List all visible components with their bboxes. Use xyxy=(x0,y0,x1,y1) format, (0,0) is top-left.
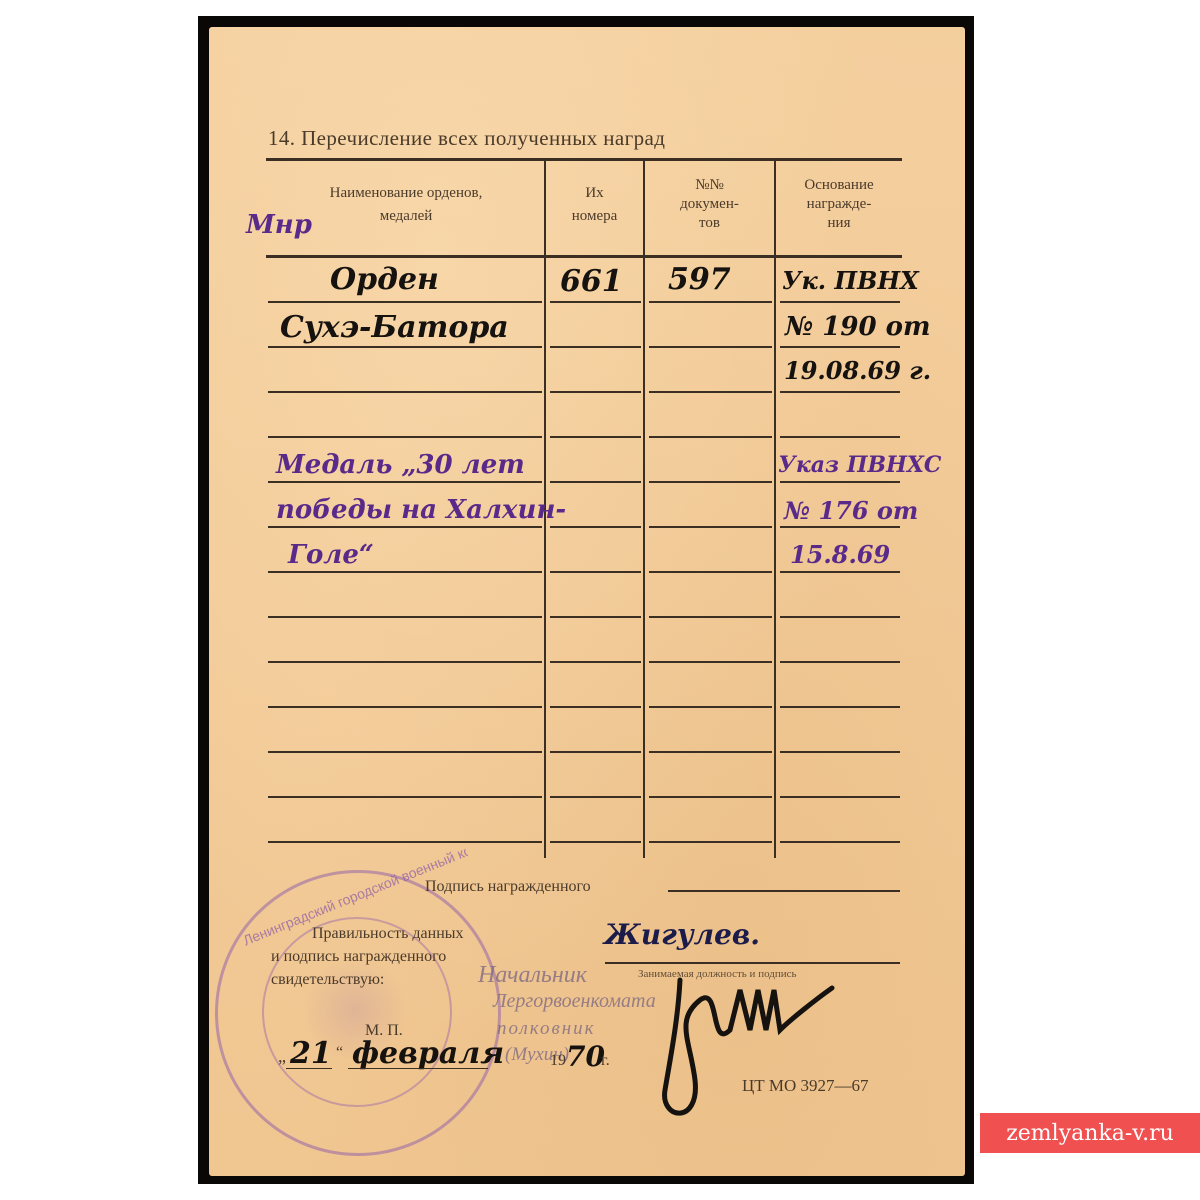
official-signature-icon xyxy=(640,960,840,1130)
table-row-rule xyxy=(268,661,542,663)
table-row-rule xyxy=(550,751,641,753)
table-row-rule xyxy=(780,841,900,843)
official-stamp-line-3: полковник xyxy=(497,1018,596,1040)
official-stamp-line-1: Начальник xyxy=(478,962,587,989)
table-row-rule xyxy=(649,751,772,753)
table-row-rule xyxy=(550,301,641,303)
table-row-rule xyxy=(649,526,772,528)
table-row-rule xyxy=(780,796,900,798)
table-row-rule xyxy=(268,841,542,843)
table-row-rule xyxy=(780,391,900,393)
table-row-rule xyxy=(268,571,542,573)
date-month-underline xyxy=(348,1068,488,1069)
table-row-rule xyxy=(780,346,900,348)
table-row-rule xyxy=(649,391,772,393)
column-header-numbers: Их номера xyxy=(546,184,643,226)
table-header-rule xyxy=(266,255,902,258)
official-stamp-line-2: Лергорвоенкомата xyxy=(493,990,656,1013)
table-row-rule xyxy=(550,841,641,843)
table-row-rule xyxy=(780,661,900,663)
table-row-rule xyxy=(550,661,641,663)
table-row-rule xyxy=(649,481,772,483)
date-day: 21 xyxy=(290,1036,332,1071)
table-row-rule xyxy=(780,751,900,753)
date-close-quote: “ xyxy=(336,1044,343,1062)
table-row-rule xyxy=(649,346,772,348)
table-row-rule xyxy=(649,706,772,708)
table-top-rule xyxy=(266,158,902,161)
table-row-rule xyxy=(268,526,542,528)
table-row-rule xyxy=(550,526,641,528)
table-row-rule xyxy=(550,616,641,618)
table-row-rule xyxy=(550,796,641,798)
form-code: ЦТ МО 3927—67 xyxy=(742,1076,869,1096)
column-divider-2 xyxy=(643,160,645,858)
table-row-rule xyxy=(268,391,542,393)
date-year-suffix: г. xyxy=(601,1052,610,1070)
date-year-handwritten: 70 xyxy=(566,1040,605,1073)
table-row-rule xyxy=(550,436,641,438)
table-row-rule xyxy=(649,841,772,843)
award-1-basis-line-2: № 190 от xyxy=(785,312,931,342)
margin-note: Мнр xyxy=(246,210,312,240)
date-open-quote: „ xyxy=(278,1046,286,1067)
awardee-signature-label: Подпись награжденного xyxy=(425,878,591,896)
column-header-award-basis: Основание награжде- ния xyxy=(776,176,902,233)
table-row-rule xyxy=(780,706,900,708)
award-1-number: 661 xyxy=(560,264,623,299)
table-row-rule xyxy=(268,751,542,753)
table-row-rule xyxy=(268,616,542,618)
table-row-rule xyxy=(268,481,542,483)
certify-line-1: Правильность данных xyxy=(312,925,464,943)
table-row-rule xyxy=(268,706,542,708)
award-2-basis-line-1: Указ ПВНХС xyxy=(778,452,941,478)
table-row-rule xyxy=(268,796,542,798)
table-row-rule xyxy=(649,571,772,573)
table-row-rule xyxy=(550,391,641,393)
award-2-name-line-1: Медаль „30 лет xyxy=(276,450,525,480)
table-row-rule xyxy=(268,436,542,438)
award-1-name-line-1: Орден xyxy=(330,262,439,297)
table-row-rule xyxy=(649,436,772,438)
award-1-document-number: 597 xyxy=(668,262,731,297)
award-2-name-line-3: Голе“ xyxy=(288,540,374,570)
table-row-rule xyxy=(550,481,641,483)
date-year-prefix: 19 xyxy=(550,1052,566,1070)
handwritten-signature-top: Жигулев. xyxy=(604,918,760,951)
table-row-rule xyxy=(780,481,900,483)
table-row-rule xyxy=(550,571,641,573)
table-row-rule xyxy=(649,661,772,663)
table-row-rule xyxy=(780,526,900,528)
award-2-basis-line-3: 15.8.69 xyxy=(790,540,890,569)
table-row-rule xyxy=(550,346,641,348)
table-row-rule xyxy=(268,301,542,303)
table-row-rule xyxy=(550,706,641,708)
section-title: 14. Перечисление всех полученных наград xyxy=(268,126,665,151)
date-month: февраля xyxy=(352,1036,504,1071)
date-day-underline xyxy=(286,1068,332,1069)
award-2-basis-line-2: № 176 от xyxy=(784,496,918,525)
column-divider-3 xyxy=(774,160,776,858)
table-row-rule xyxy=(780,301,900,303)
award-1-basis-line-3: 19.08.69 г. xyxy=(784,356,931,385)
table-row-rule xyxy=(649,796,772,798)
table-row-rule xyxy=(780,571,900,573)
awardee-signature-line xyxy=(668,890,900,892)
table-row-rule xyxy=(780,436,900,438)
column-header-document-numbers: №№ докумен- тов xyxy=(645,176,774,233)
site-watermark-badge[interactable]: zemlyanka-v.ru xyxy=(980,1113,1200,1153)
table-row-rule xyxy=(649,616,772,618)
certify-line-2: и подпись награжденного xyxy=(271,948,446,966)
table-row-rule xyxy=(780,616,900,618)
award-1-name-line-2: Сухэ-Батора xyxy=(280,310,509,345)
table-row-rule xyxy=(268,346,542,348)
table-row-rule xyxy=(649,301,772,303)
certify-line-3: свидетельствую: xyxy=(271,971,384,989)
award-1-basis-line-1: Ук. ПВНХ xyxy=(782,266,919,295)
award-2-name-line-2: победы на Халхин- xyxy=(276,495,566,525)
